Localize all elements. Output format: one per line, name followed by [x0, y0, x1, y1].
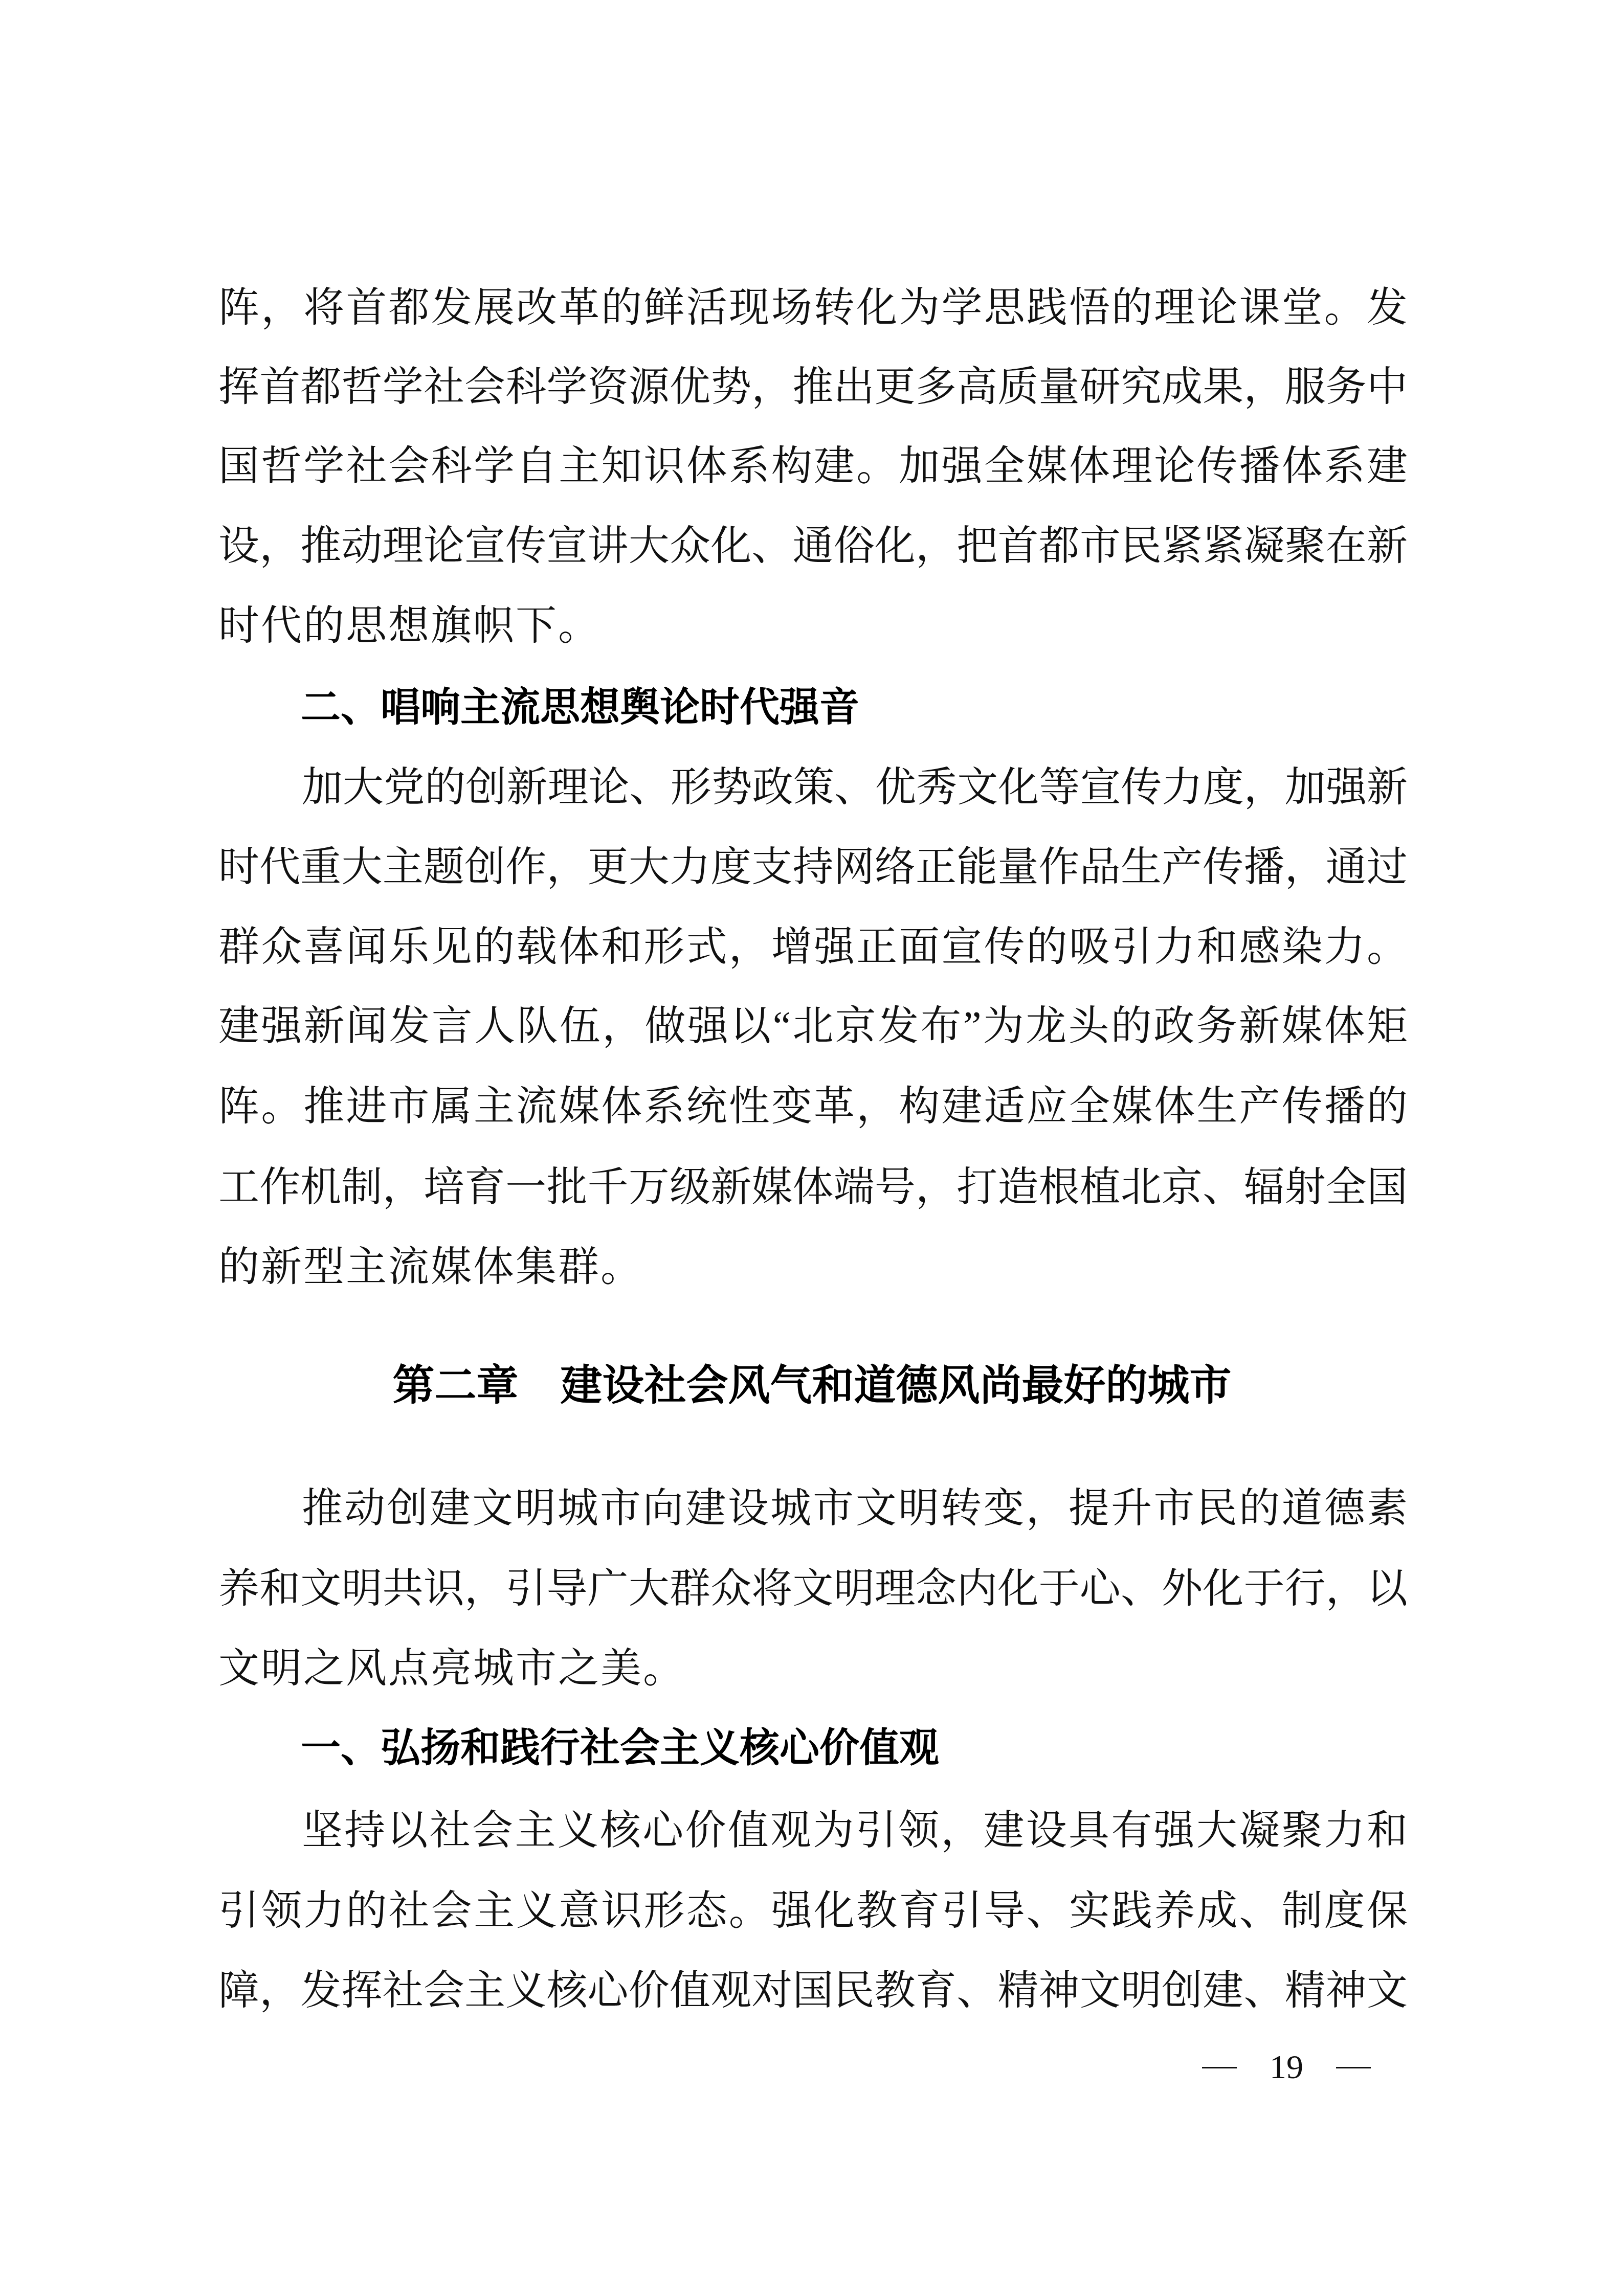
paragraph-line: 时代重大主题创作，更大力度支持网络正能量作品生产传播，通过	[218, 842, 1408, 893]
paragraph-line: 坚持以社会主义核心价值观为引领，建设具有强大凝聚力和	[302, 1805, 1408, 1856]
dash-left-icon	[1202, 2067, 1237, 2068]
paragraph-line: 养和文明共识，引导广大群众将文明理念内化于心、外化于行，以	[218, 1563, 1408, 1614]
paragraph-line: 建强新闻发言人队伍，做强以“北京发布”为龙头的政务新媒体矩	[218, 1001, 1408, 1052]
document-page: 阵，将首都发展改革的鲜活现场转化为学思践悟的理论课堂。发 挥首都哲学社会科学资源…	[0, 0, 1624, 2296]
section-heading: 一、弘扬和践行社会主义核心价值观	[301, 1723, 939, 1774]
paragraph-line: 障，发挥社会主义核心价值观对国民教育、精神文明创建、精神文	[218, 1965, 1408, 2016]
paragraph-line: 推动创建文明城市向建设城市文明转变，提升市民的道德素	[302, 1483, 1408, 1534]
paragraph-line: 阵，将首都发展改革的鲜活现场转化为学思践悟的理论课堂。发	[218, 282, 1408, 333]
paragraph-line: 国哲学社会科学自主知识体系构建。加强全媒体理论传播体系建	[218, 441, 1408, 492]
page-number: 19	[1202, 2050, 1371, 2085]
paragraph-line: 引领力的社会主义意识形态。强化教育引导、实践养成、制度保	[218, 1885, 1408, 1937]
paragraph-line: 的新型主流媒体集群。	[218, 1242, 1408, 1293]
section-heading: 二、唱响主流思想舆论时代强音	[301, 682, 859, 733]
paragraph-line: 阵。推进市属主流媒体系统性变革，构建适应全媒体生产传播的	[218, 1081, 1408, 1132]
paragraph-line: 设，推动理论宣传宣讲大众化、通俗化，把首都市民紧紧凝聚在新	[218, 521, 1408, 572]
chapter-heading: 第二章 建设社会风气和道德风尚最好的城市	[0, 1358, 1624, 1414]
paragraph-line: 群众喜闻乐见的载体和形式，增强正面宣传的吸引力和感染力。	[218, 921, 1408, 973]
page-number-value: 19	[1270, 2050, 1303, 2085]
paragraph-line: 时代的思想旗帜下。	[218, 600, 1408, 651]
dash-right-icon	[1336, 2067, 1371, 2068]
paragraph-line: 文明之风点亮城市之美。	[218, 1643, 1408, 1694]
paragraph-line: 挥首都哲学社会科学资源优势，推出更多高质量研究成果，服务中	[218, 362, 1408, 413]
paragraph-line: 加大党的创新理论、形势政策、优秀文化等宣传力度，加强新	[302, 762, 1408, 813]
paragraph-line: 工作机制，培育一批千万级新媒体端号，打造根植北京、辐射全国	[218, 1162, 1408, 1213]
